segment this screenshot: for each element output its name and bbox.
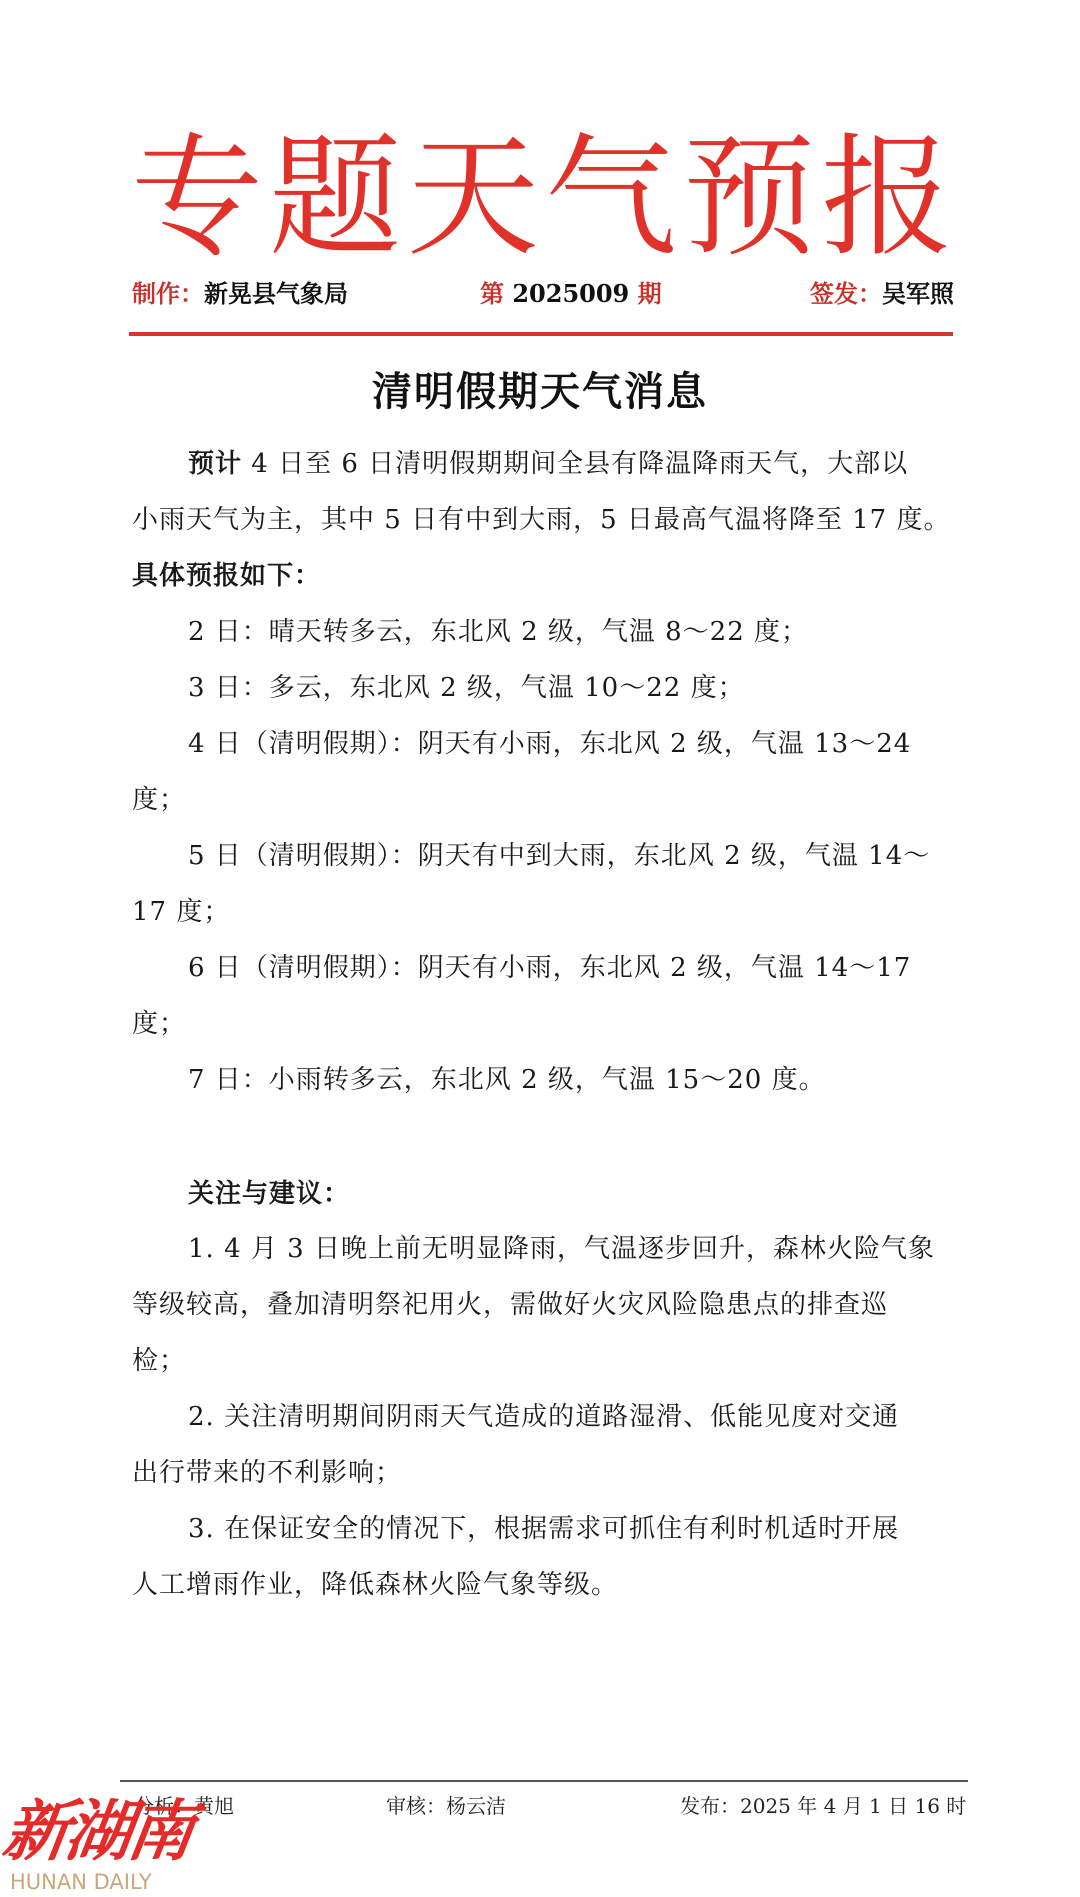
intro-line-1: 4 日至 6 日清明假期期间全县有降温降雨天气，大部以 <box>251 449 908 479</box>
publish-time: 发布：2025 年 4 月 1 日 16 时 <box>680 1790 966 1822</box>
advice-item-cont: 等级较高，叠加清明祭祀用火，需做好火灾风险隐患点的排查巡 <box>132 1277 966 1333</box>
producer-value: 新晃县气象局 <box>204 279 348 308</box>
advice-item-cont: 出行带来的不利影响； <box>132 1445 966 1501</box>
meta-row: 制作：新晃县气象局 第 2025009 期 签发：吴军照 <box>132 276 954 312</box>
forecast-item-cont: 度； <box>132 772 966 828</box>
masthead-char: 报 <box>818 128 956 268</box>
reviewer: 审核：杨云洁 <box>386 1790 506 1822</box>
forecast-item: 2 日：晴天转多云，东北风 2 级，气温 8～22 度； <box>132 604 966 660</box>
footer-credits: 分析：黄旭 审核：杨云洁 发布：2025 年 4 月 1 日 16 时 <box>134 1790 968 1822</box>
intro-line-2: 小雨天气为主，其中 5 日有中到大雨，5 日最高气温将降至 17 度。 <box>132 492 966 548</box>
intro-lead: 预计 <box>188 449 242 479</box>
signer-value: 吴军照 <box>882 279 954 308</box>
issue-value: 2025009 <box>512 279 629 308</box>
masthead-char: 天 <box>404 128 542 268</box>
advice-section: 关注与建议： 1. 4 月 3 日晚上前无明显降雨，气温逐步回升，森林火险气象 … <box>132 1167 966 1613</box>
producer: 制作：新晃县气象局 <box>132 276 348 312</box>
issue-prefix: 第 <box>480 279 504 308</box>
forecast-item: 6 日（清明假期）：阴天有小雨，东北风 2 级，气温 14～17 <box>132 940 966 996</box>
forecast-section: 预计 4 日至 6 日清明假期期间全县有降温降雨天气，大部以 小雨天气为主，其中… <box>132 436 966 1108</box>
footer-divider <box>120 1780 968 1782</box>
advice-heading: 关注与建议： <box>132 1167 966 1221</box>
advice-item-cont: 检； <box>132 1333 966 1389</box>
forecast-item: 5 日（清明假期）：阴天有中到大雨，东北风 2 级，气温 14～ <box>132 828 966 884</box>
forecast-item: 4 日（清明假期）：阴天有小雨，东北风 2 级，气温 13～24 <box>132 716 966 772</box>
forecast-item: 7 日：小雨转多云，东北风 2 级，气温 15～20 度。 <box>132 1052 966 1108</box>
watermark-subtitle: HUNAN DAILY <box>10 1870 152 1894</box>
forecast-item-cont: 度； <box>132 996 966 1052</box>
advice-item: 2. 关注清明期间阴雨天气造成的道路湿滑、低能见度对交通 <box>132 1389 966 1445</box>
masthead-char: 专 <box>128 128 266 268</box>
advice-item: 3. 在保证安全的情况下，根据需求可抓住有利时机适时开展 <box>132 1501 966 1557</box>
header-divider <box>129 332 953 336</box>
advice-item: 1. 4 月 3 日晚上前无明显降雨，气温逐步回升，森林火险气象 <box>132 1221 966 1277</box>
signer-label: 签发： <box>810 279 882 308</box>
masthead-char: 预 <box>680 128 818 268</box>
hunan-daily-watermark: 新湖南 HUNAN DAILY <box>0 1796 230 1897</box>
producer-label: 制作： <box>132 279 204 308</box>
issue-number: 第 2025009 期 <box>480 276 662 312</box>
document-title: 清明假期天气消息 <box>0 364 1080 420</box>
issue-suffix: 期 <box>638 279 662 308</box>
forecast-item: 3 日：多云，东北风 2 级，气温 10～22 度； <box>132 660 966 716</box>
advice-item-cont: 人工增雨作业，降低森林火险气象等级。 <box>132 1557 966 1613</box>
watermark-logo: 新湖南 <box>0 1796 195 1866</box>
forecast-heading: 具体预报如下： <box>132 548 966 604</box>
masthead-char: 题 <box>266 128 404 268</box>
forecast-item-cont: 17 度； <box>132 884 966 940</box>
signer: 签发：吴军照 <box>810 276 954 312</box>
intro-paragraph: 预计 4 日至 6 日清明假期期间全县有降温降雨天气，大部以 <box>132 436 966 492</box>
masthead-char: 气 <box>542 128 680 268</box>
masthead-title: 专 题 天 气 预 报 <box>128 128 956 268</box>
